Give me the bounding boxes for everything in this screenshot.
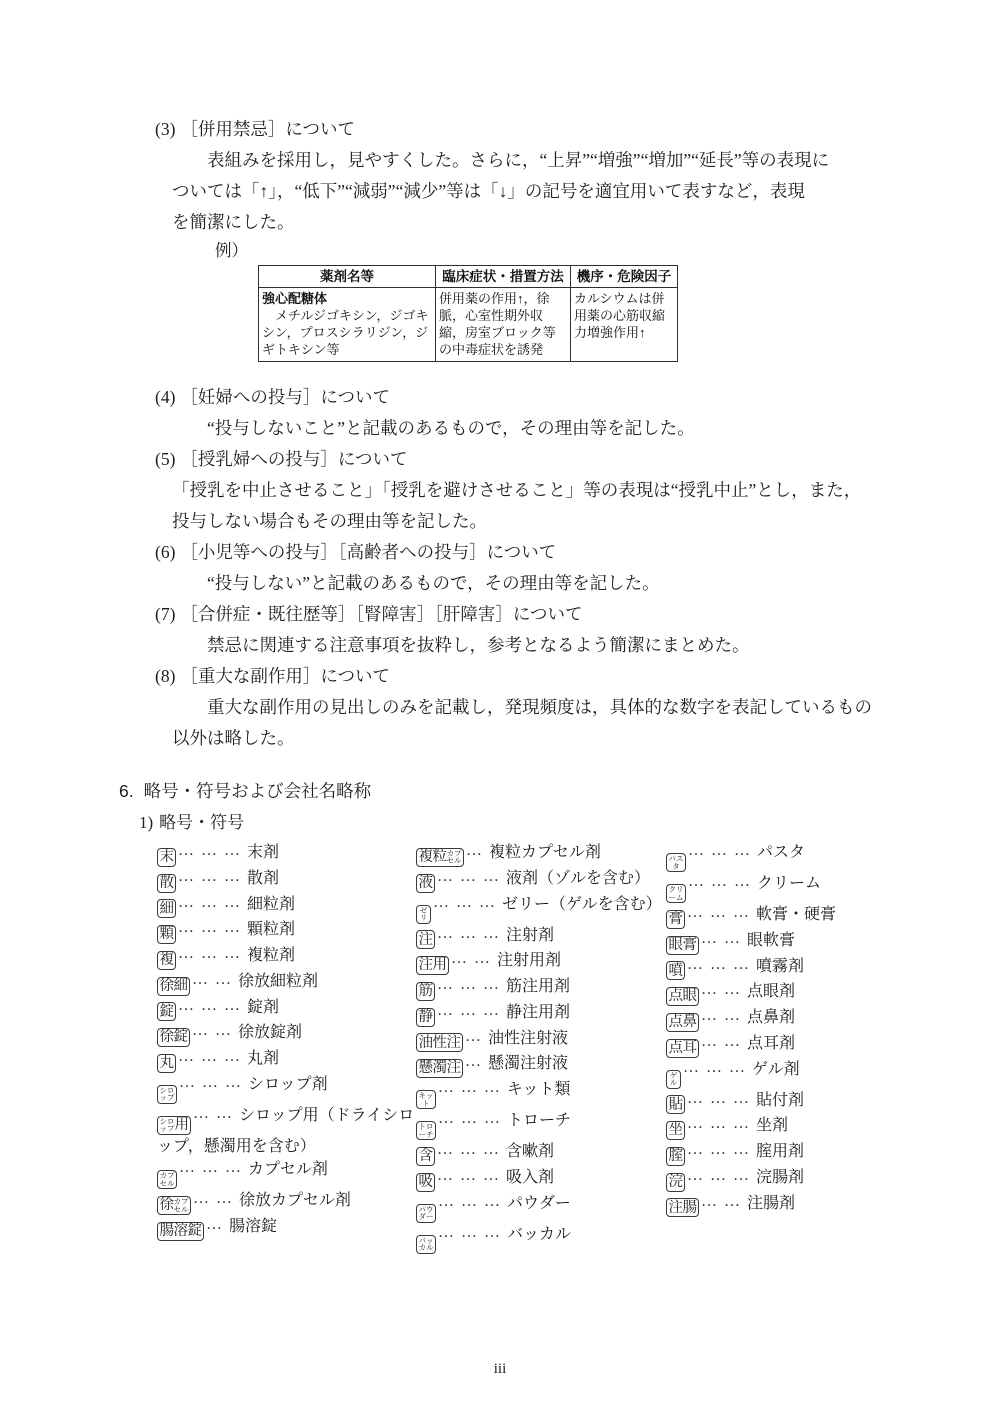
abbreviation-item: パスタ………パスタ	[666, 841, 914, 872]
abbreviation-item: 点耳……点耳剤	[666, 1032, 914, 1058]
dot-leader: ………	[438, 1193, 507, 1210]
drug-name-rest: メチルジゴキシン，ジゴキシン，プロスシラリジン，ジギトキシン等	[262, 307, 432, 358]
section-body-line: を簡潔にした。	[172, 207, 1000, 238]
section-body-line: 投与しない場合もその理由等を記した。	[172, 506, 1000, 537]
mechanism-cell: カルシウムは併用薬の心筋収縮力増強作用↑	[571, 288, 678, 362]
abbreviation-label: 眼軟膏	[747, 932, 795, 949]
abbreviation-item: 坐………坐剤	[666, 1114, 914, 1140]
abbreviation-symbol-box: シロップ	[157, 1085, 177, 1104]
symbol-text: 点眼	[669, 989, 697, 1004]
abbreviation-label: 細粒剤	[247, 896, 295, 913]
abbreviation-symbol-box: 眼膏	[666, 936, 699, 955]
symbol-small-line: ップ	[160, 1125, 175, 1133]
symbol-small-stack: パウダー	[419, 1206, 434, 1221]
symbol-small-stack: クリーム	[669, 886, 684, 901]
dot-leader: ………	[437, 1002, 506, 1019]
symbol-text: 筋	[419, 984, 433, 999]
abbreviation-column: パスタ………パスタクリーム………クリーム膏………軟膏・硬膏眼膏……眼軟膏噴…………	[666, 841, 914, 1217]
example-table-header-cell: 臨床症状・措置方法	[436, 266, 571, 288]
abbreviation-item: 噴………噴霧剤	[666, 955, 914, 981]
abbreviation-label: キット類	[507, 1081, 571, 1098]
abbreviation-label: パスタ	[757, 844, 805, 861]
abbreviation-item: 含………含嗽剤	[416, 1140, 666, 1166]
numbered-sections: (3)［併用禁忌］について 表組みを採用し，見やすくした。さらに，“上昇”“増強…	[0, 114, 1000, 754]
section-title: ［妊婦への投与］について	[180, 387, 390, 407]
symbol-text: 貼	[669, 1098, 683, 1113]
symbol-small-stack: シロップ	[160, 1118, 175, 1133]
abbreviation-label: 坐剤	[756, 1117, 788, 1134]
dot-leader: ………	[438, 1224, 507, 1241]
section: (5)［授乳婦への投与］について「授乳を中止させること」「授乳を避けさせること」…	[0, 444, 1000, 537]
section-title: ［小児等への投与］［高齢者への投与］について	[180, 542, 556, 562]
dot-leader: ………	[178, 842, 247, 859]
section-6-number: 6.	[119, 781, 134, 801]
abbreviation-item: 複………複粒剤	[157, 944, 416, 970]
symbol-text: 噴	[669, 964, 683, 979]
abbreviation-label: 注腸剤	[747, 1195, 795, 1212]
section-number: (4)	[155, 387, 175, 407]
symbol-text: 坐	[669, 1123, 683, 1138]
abbreviation-item: 貼………貼付剤	[666, 1089, 914, 1115]
dot-leader: ………	[178, 997, 247, 1014]
example-table-row: 強心配糖体 メチルジゴキシン，ジゴキシン，プロスシラリジン，ジギトキシン等併用薬…	[259, 288, 678, 362]
dot-leader: ……	[451, 950, 497, 967]
abbreviation-symbol-box: 筋	[416, 982, 435, 1001]
abbreviation-item: バッカル………バッカル	[416, 1223, 666, 1254]
abbreviation-symbol-box: カプセル	[157, 1170, 177, 1189]
abbreviation-symbol-box: 丸	[157, 1054, 176, 1073]
abbreviation-item: 注用……注射用剤	[416, 949, 666, 975]
dot-leader: ……	[192, 971, 238, 988]
symbol-text: 複粒	[419, 850, 447, 865]
abbreviation-label: 注射用剤	[497, 952, 561, 969]
dot-leader: ………	[178, 919, 247, 936]
abbreviation-symbol-box: キット	[416, 1090, 436, 1109]
symbol-text: 顆	[160, 927, 174, 942]
abbreviation-symbol-box: パウダー	[416, 1204, 436, 1223]
section-6-title: 略号・符号および会社名略称	[144, 781, 372, 801]
abbreviation-label: 点眼剤	[747, 983, 795, 1000]
section-body-line: “投与しない”と記載のあるもので，その理由等を記した。	[172, 568, 1000, 599]
abbreviation-label: カプセル剤	[248, 1161, 328, 1178]
section-number: (7)	[155, 604, 175, 624]
abbreviation-symbol-box: トローチ	[416, 1121, 436, 1140]
symbol-text: 丸	[160, 1056, 174, 1071]
symbol-text: 静	[419, 1010, 433, 1025]
section: (4)［妊婦への投与］について “投与しないこと”と記載のあるもので，その理由等…	[0, 382, 1000, 444]
section-body-line: 重大な副作用の見出しのみを記載し，発現頻度は，具体的な数字を表記しているもの	[172, 692, 1000, 723]
abbreviation-symbol-box: ゲル	[666, 1070, 681, 1089]
dot-leader: ……	[192, 1022, 238, 1039]
abbreviation-item: 徐カプセル……徐放カプセル剤	[157, 1189, 416, 1215]
abbreviation-symbol-box: パスタ	[666, 853, 686, 872]
abbreviation-symbol-box: 細	[157, 899, 176, 918]
dot-leader: ………	[437, 925, 506, 942]
abbreviation-label: 丸剤	[247, 1050, 279, 1067]
dot-leader: ………	[178, 894, 247, 911]
example-table-header-cell: 薬剤名等	[259, 266, 436, 288]
abbreviation-symbol-box: 腸溶錠	[157, 1222, 204, 1241]
symbol-text: 眼膏	[669, 938, 697, 953]
abbreviation-symbol-box: バッカル	[416, 1235, 436, 1254]
dot-leader: …	[465, 1053, 488, 1070]
dot-leader: ……	[701, 981, 747, 998]
dot-leader: ………	[687, 1141, 756, 1158]
section-title: ［重大な副作用］について	[180, 666, 390, 686]
abbreviation-symbol-box: 注用	[416, 956, 449, 975]
section-number: (8)	[155, 666, 175, 686]
abbreviation-item: 顆………顆粒剤	[157, 918, 416, 944]
abbreviation-symbol-box: 腟	[666, 1147, 685, 1166]
abbreviation-item: 徐細……徐放細粒剤	[157, 970, 416, 996]
symbol-small-stack: カプセル	[174, 1198, 189, 1213]
dot-leader: ………	[178, 868, 247, 885]
abbreviation-symbol-box: 懸濁注	[416, 1059, 463, 1078]
abbreviation-item: 複粒カプセル…複粒カプセル剤	[416, 841, 666, 867]
symbol-small-line: セル	[160, 1180, 175, 1188]
section-heading: (5)［授乳婦への投与］について	[155, 444, 1000, 475]
abbreviation-item: シロップ用……シロップ用（ドライシロップ，懸濁用を含む）	[157, 1104, 416, 1159]
section-6-heading: 6.略号・符号および会社名略称	[119, 776, 1000, 807]
dot-leader: ……	[701, 1033, 747, 1050]
example-caption: 例）	[215, 239, 1000, 263]
abbreviation-item: 丸………丸剤	[157, 1047, 416, 1073]
symbol-text: 吸	[419, 1175, 433, 1190]
abbreviation-item: クリーム………クリーム	[666, 872, 914, 903]
abbreviation-item: 吸………吸入剤	[416, 1166, 666, 1192]
abbreviation-symbol-box: 点眼	[666, 987, 699, 1006]
dot-leader: ………	[437, 976, 506, 993]
symbol-text: 点耳	[669, 1041, 697, 1056]
abbreviation-label: バッカル	[507, 1226, 571, 1243]
example-table-header-cell: 機序・危険因子	[571, 266, 678, 288]
abbreviation-symbol-box: 徐錠	[157, 1028, 190, 1047]
abbreviation-symbol-box: 散	[157, 874, 176, 893]
abbreviation-item: 散………散剤	[157, 867, 416, 893]
subsection-1-heading: 1)略号・符号	[139, 807, 1000, 838]
section-body-line: 禁忌に関連する注意事項を抜粋し，参考となるよう簡潔にまとめた。	[172, 630, 1000, 661]
section-title: ［合併症・既往歴等］［腎障害］［肝障害］について	[180, 604, 582, 624]
section-heading: (4)［妊婦への投与］について	[155, 382, 1000, 413]
dot-leader: ………	[683, 1059, 752, 1076]
abbreviation-item: 腟………腟用剤	[666, 1140, 914, 1166]
abbreviation-item: カプセル………カプセル剤	[157, 1158, 416, 1189]
abbreviation-label: 液剤（ゾルを含む）	[506, 870, 650, 887]
symbol-small-line: ーム	[669, 894, 684, 902]
dot-leader: ………	[179, 1074, 248, 1091]
symbol-text: 含	[419, 1149, 433, 1164]
symbol-text: 懸濁注	[419, 1061, 461, 1076]
abbreviation-item: 懸濁注…懸濁注射液	[416, 1052, 666, 1078]
abbreviation-item: ゼリ………ゼリー（ゲルを含む）	[416, 893, 666, 924]
abbreviation-symbol-box: 点耳	[666, 1039, 699, 1058]
symbol-small-stack: バッカル	[419, 1237, 434, 1252]
dot-leader: ………	[687, 904, 756, 921]
abbreviation-label: 散剤	[247, 870, 279, 887]
abbreviation-symbol-box: 吸	[416, 1173, 435, 1192]
section-body-line: “投与しないこと”と記載のあるもので，その理由等を記した。	[172, 413, 1000, 444]
dot-leader: …	[206, 1216, 229, 1233]
abbreviation-symbol-box: 含	[416, 1147, 435, 1166]
abbreviation-item: 点眼……点眼剤	[666, 980, 914, 1006]
dot-leader: ………	[178, 945, 247, 962]
subsection-1-number: 1)	[139, 813, 153, 832]
section-heading: (7)［合併症・既往歴等］［腎障害］［肝障害］について	[155, 599, 1000, 630]
document-page: (3)［併用禁忌］について 表組みを採用し，見やすくした。さらに，“上昇”“増強…	[0, 0, 1000, 1414]
symptoms-cell: 併用薬の作用↑，徐脈，心室性期外収縮，房室ブロック等の中毒症状を誘発	[436, 288, 571, 362]
abbreviation-label: 噴霧剤	[756, 958, 804, 975]
abbreviation-symbol-box: 徐カプセル	[157, 1196, 191, 1215]
dot-leader: …	[466, 842, 489, 859]
dot-leader: ………	[437, 1141, 506, 1158]
dot-leader: ……	[193, 1105, 239, 1122]
abbreviation-label: ゲル剤	[752, 1061, 800, 1078]
abbreviation-label: 静注用剤	[506, 1004, 570, 1021]
abbreviation-label: 腟用剤	[756, 1143, 804, 1160]
abbreviation-item: 細………細粒剤	[157, 893, 416, 919]
symbol-text: 腸溶錠	[160, 1224, 202, 1239]
abbreviation-item: キット………キット類	[416, 1078, 666, 1109]
symbol-text: 液	[419, 876, 433, 891]
symbol-small-stack: シロップ	[160, 1087, 175, 1102]
dot-leader: ………	[688, 842, 757, 859]
abbreviation-item: 膏………軟膏・硬膏	[666, 903, 914, 929]
dot-leader: ………	[687, 1115, 756, 1132]
symbol-text: 細	[160, 902, 174, 917]
abbreviation-label: 浣腸剤	[756, 1169, 804, 1186]
dot-leader: ………	[687, 1090, 756, 1107]
abbreviation-item: 錠………錠剤	[157, 996, 416, 1022]
abbreviation-symbol-box: 油性注	[416, 1033, 463, 1052]
dot-leader: ………	[438, 1110, 507, 1127]
symbol-small-stack: カプセル	[447, 850, 462, 865]
section-heading: (3)［併用禁忌］について	[155, 114, 1000, 145]
symbol-small-line: ト	[422, 1100, 430, 1108]
abbreviation-column: 複粒カプセル…複粒カプセル剤液………液剤（ゾルを含む）ゼリ………ゼリー（ゲルを含…	[416, 841, 666, 1254]
symbol-small-line: リ	[420, 914, 428, 922]
abbreviation-label: 含嗽剤	[506, 1143, 554, 1160]
abbreviation-label: 軟膏・硬膏	[756, 906, 836, 923]
abbreviation-symbol-box: 注腸	[666, 1198, 699, 1217]
abbreviation-item: 注腸……注腸剤	[666, 1192, 914, 1218]
symbol-small-stack: ゼリ	[420, 907, 428, 922]
abbreviation-symbol-box: 貼	[666, 1095, 685, 1114]
abbreviation-symbol-list: 末………末剤散………散剤細………細粒剤顆………顆粒剤複………複粒剤徐細……徐放細…	[157, 841, 1000, 1254]
abbreviation-symbol-box: シロップ用	[157, 1116, 191, 1135]
abbreviation-symbol-box: 静	[416, 1008, 435, 1027]
abbreviation-symbol-box: クリーム	[666, 884, 686, 903]
abbreviation-label: 注射剤	[506, 927, 554, 944]
abbreviation-item: ゲル………ゲル剤	[666, 1058, 914, 1089]
dot-leader: ……	[701, 930, 747, 947]
abbreviation-symbol-box: 末	[157, 848, 176, 867]
symbol-text: 注	[419, 933, 433, 948]
dot-leader: ………	[179, 1159, 248, 1176]
abbreviation-label: 筋注用剤	[506, 978, 570, 995]
abbreviation-label: 顆粒剤	[247, 921, 295, 938]
symbol-small-line: ダー	[419, 1213, 434, 1221]
section-number: (6)	[155, 542, 175, 562]
symbol-small-stack: ゲル	[670, 1072, 678, 1087]
dot-leader: ………	[437, 1167, 506, 1184]
abbreviation-item: 浣………浣腸剤	[666, 1166, 914, 1192]
abbreviation-symbol-box: 液	[416, 874, 435, 893]
symbol-text: 点鼻	[669, 1015, 697, 1030]
dot-leader: ………	[437, 868, 506, 885]
symbol-text: 膏	[669, 912, 683, 927]
symbol-text: 注腸	[669, 1201, 697, 1216]
section-number: (5)	[155, 449, 175, 469]
abbreviation-item: 静………静注用剤	[416, 1001, 666, 1027]
abbreviation-symbol-box: 膏	[666, 910, 685, 929]
abbreviation-label: 徐放細粒剤	[238, 973, 318, 990]
abbreviation-label: トローチ	[507, 1112, 571, 1129]
section-title: ［授乳婦への投与］について	[180, 449, 407, 469]
symbol-text: 複	[160, 953, 174, 968]
abbreviation-label: 徐放錠剤	[238, 1024, 302, 1041]
page-number: iii	[0, 1361, 1000, 1378]
abbreviation-item: 注………注射剤	[416, 924, 666, 950]
abbreviation-item: 筋………筋注用剤	[416, 975, 666, 1001]
abbreviation-item: トローチ………トローチ	[416, 1109, 666, 1140]
abbreviation-label: 点耳剤	[747, 1035, 795, 1052]
section-title: ［併用禁忌］について	[180, 119, 355, 139]
section: (6)［小児等への投与］［高齢者への投与］について “投与しない”と記載のあるも…	[0, 537, 1000, 599]
abbreviation-label: 錠剤	[247, 999, 279, 1016]
abbreviation-label: ゼリー（ゲルを含む）	[502, 896, 662, 913]
section: (3)［併用禁忌］について 表組みを採用し，見やすくした。さらに，“上昇”“増強…	[0, 114, 1000, 362]
symbol-small-line: セル	[174, 1206, 189, 1214]
symbol-text: 注用	[419, 958, 447, 973]
example-table-header-row: 薬剤名等臨床症状・措置方法機序・危険因子	[259, 266, 678, 288]
section-number: (3)	[155, 119, 175, 139]
section-body-line: 以外は略した。	[172, 723, 1000, 754]
symbol-text: 錠	[160, 1005, 174, 1020]
symbol-small-line: カル	[419, 1244, 434, 1252]
abbreviation-label: 懸濁注射液	[488, 1055, 568, 1072]
dot-leader: ……	[701, 1007, 747, 1024]
symbol-small-stack: パスタ	[669, 855, 684, 870]
abbreviation-symbol-box: 注	[416, 930, 435, 949]
symbol-small-stack: カプセル	[160, 1172, 175, 1187]
abbreviation-label: シロップ剤	[248, 1076, 328, 1093]
abbreviation-symbol-box: 顆	[157, 925, 176, 944]
section-body-line: 表組みを採用し，見やすくした。さらに，“上昇”“増強”“増加”“延長”等の表現に	[172, 145, 1000, 176]
symbol-text: 徐	[160, 1198, 174, 1213]
dot-leader: ………	[433, 894, 502, 911]
abbreviation-symbol-box: 複	[157, 951, 176, 970]
abbreviation-symbol-box: 浣	[666, 1173, 685, 1192]
symbol-small-line: ーチ	[419, 1131, 434, 1139]
abbreviation-column: 末………末剤散………散剤細………細粒剤顆………顆粒剤複………複粒剤徐細……徐放細…	[157, 841, 416, 1241]
symbol-small-line: ル	[670, 1079, 678, 1087]
dot-leader: …	[465, 1028, 488, 1045]
symbol-text: 用	[175, 1118, 189, 1133]
symbol-text: 浣	[669, 1175, 683, 1190]
symbol-text: 油性注	[419, 1036, 461, 1051]
abbreviation-item: 点鼻……点鼻剤	[666, 1006, 914, 1032]
example-table: 薬剤名等臨床症状・措置方法機序・危険因子強心配糖体 メチルジゴキシン，ジゴキシン…	[258, 265, 678, 362]
abbreviation-label: クリーム	[757, 875, 821, 892]
abbreviation-label: 点鼻剤	[747, 1009, 795, 1026]
symbol-small-line: ップ	[160, 1094, 175, 1102]
section-heading: (8)［重大な副作用］について	[155, 661, 1000, 692]
abbreviation-label: 吸入剤	[506, 1169, 554, 1186]
abbreviation-item: 油性注…油性注射液	[416, 1027, 666, 1053]
abbreviation-symbol-box: 点鼻	[666, 1013, 699, 1032]
dot-leader: ………	[438, 1079, 507, 1096]
dot-leader: ………	[687, 1167, 756, 1184]
abbreviation-item: 液………液剤（ゾルを含む）	[416, 867, 666, 893]
abbreviation-label: 複粒剤	[247, 947, 295, 964]
abbreviation-symbol-box: 坐	[666, 1121, 685, 1140]
abbreviation-item: 眼膏……眼軟膏	[666, 929, 914, 955]
symbol-text: 徐細	[160, 979, 188, 994]
section: (7)［合併症・既往歴等］［腎障害］［肝障害］について 禁忌に関連する注意事項を…	[0, 599, 1000, 661]
symbol-text: 散	[160, 876, 174, 891]
abbreviation-symbol-box: 複粒カプセル	[416, 848, 464, 867]
section-heading: (6)［小児等への投与］［高齢者への投与］について	[155, 537, 1000, 568]
dot-leader: ………	[178, 1048, 247, 1065]
abbreviation-label: パウダー	[507, 1195, 571, 1212]
abbreviation-item: シロップ………シロップ剤	[157, 1073, 416, 1104]
symbol-small-line: セル	[447, 857, 462, 865]
section-body-line: ついては「↑」，“低下”“減弱”“減少”等は「↓」の記号を適宜用いて表すなど，表…	[172, 176, 1000, 207]
drug-name-cell: 強心配糖体 メチルジゴキシン，ジゴキシン，プロスシラリジン，ジギトキシン等	[259, 288, 436, 362]
symbol-text: 腟	[669, 1149, 683, 1164]
symbol-small-stack: トローチ	[419, 1123, 434, 1138]
symbol-small-stack: キット	[419, 1092, 434, 1107]
dot-leader: ……	[193, 1190, 239, 1207]
symbol-text: 徐錠	[160, 1030, 188, 1045]
abbreviation-item: パウダー………パウダー	[416, 1192, 666, 1223]
abbreviation-symbol-box: ゼリ	[416, 905, 431, 924]
abbreviation-symbol-box: 錠	[157, 1002, 176, 1021]
dot-leader: ………	[687, 956, 756, 973]
symbol-text: 末	[160, 850, 174, 865]
page-content: (3)［併用禁忌］について 表組みを採用し，見やすくした。さらに，“上昇”“増強…	[0, 0, 1000, 1254]
abbreviation-label: 貼付剤	[756, 1092, 804, 1109]
dot-leader: ……	[701, 1193, 747, 1210]
section-body-line: 「授乳を中止させること」「授乳を避けさせること」等の表現は“授乳中止”とし，また…	[172, 475, 1000, 506]
symbol-small-line: タ	[672, 863, 680, 871]
dot-leader: ………	[688, 873, 757, 890]
abbreviation-symbol-box: 徐細	[157, 977, 190, 996]
abbreviation-symbol-box: 噴	[666, 961, 685, 980]
abbreviation-label: 腸溶錠	[229, 1218, 277, 1235]
abbreviation-item: 腸溶錠…腸溶錠	[157, 1215, 416, 1241]
abbreviation-item: 末………末剤	[157, 841, 416, 867]
abbreviation-label: 油性注射液	[488, 1030, 568, 1047]
subsection-1-title: 略号・符号	[159, 813, 244, 832]
abbreviation-label: 末剤	[247, 844, 279, 861]
section: (8)［重大な副作用］について 重大な副作用の見出しのみを記載し，発現頻度は，具…	[0, 661, 1000, 754]
abbreviation-item: 徐錠……徐放錠剤	[157, 1021, 416, 1047]
drug-name-bold: 強心配糖体	[262, 290, 432, 307]
abbreviation-label: 徐放カプセル剤	[239, 1192, 351, 1209]
abbreviation-label: 複粒カプセル剤	[489, 844, 601, 861]
